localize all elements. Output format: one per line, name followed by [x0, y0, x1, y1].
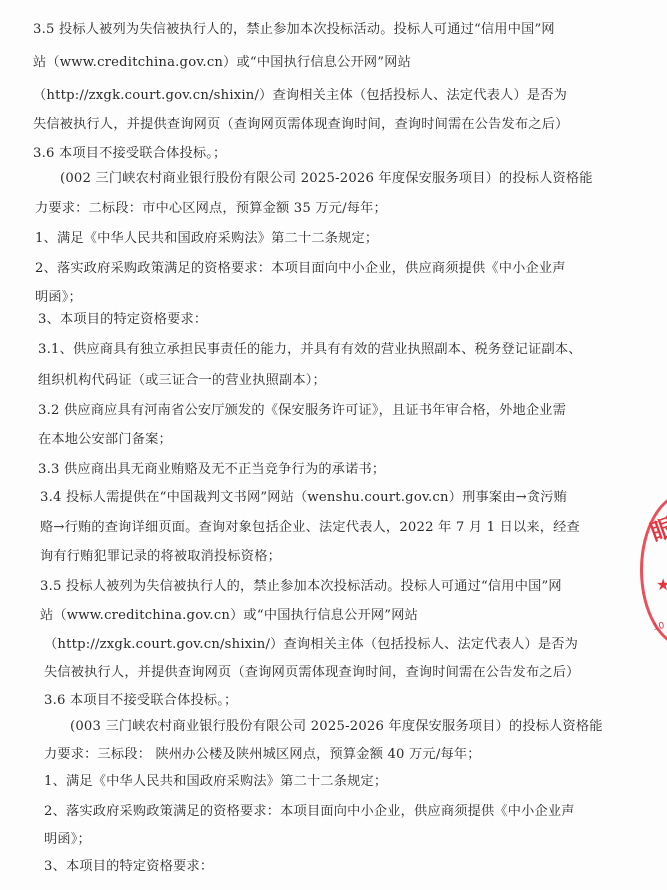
text-line: 1、满足《中华人民共和国政府采购法》第二十二条规定；: [35, 231, 378, 247]
text-line: 3.5 投标人被列为失信被执行人的，禁止参加本次投标活动。投标人可通过“信用中国…: [40, 579, 562, 595]
text-line: 3、本项目的特定资格要求：: [44, 859, 213, 875]
text-line: 明函》；: [44, 832, 91, 848]
text-line: 力要求：二标段：市中心区网点，预算金额 35 万元/每年；: [35, 201, 387, 217]
text-line: (002 三门峡农村商业银行股份有限公司 2025-2026 年度保安服务项目）…: [60, 171, 593, 187]
text-line: 3.4 投标人需提供在“中国裁判文书网”网站（wenshu.court.gov.…: [40, 490, 567, 506]
text-line: 赂→行贿的查询详细页面。查询对象包括企业、法定代表人，2022 年 7 月 1 …: [40, 520, 580, 536]
text-line: 1、满足《中华人民共和国政府采购法》第二十二条规定；: [44, 774, 387, 790]
document-page: 3.5 投标人被列为失信被执行人的，禁止参加本次投标活动。投标人可通过“信用中国…: [0, 0, 667, 890]
text-line: 失信被执行人，并提供查询网页（查询网页需体现查询时间，查询时间需在公告发布之后）: [33, 117, 569, 133]
text-line: 3.3 供应商出具无商业贿赂及无不正当竞争行为的承诺书；: [38, 462, 385, 478]
text-line: 2、落实政府采购政策满足的资格要求：本项目面向中小企业，供应商须提供《中小企业声: [35, 261, 566, 277]
text-line: 3.6 本项目不接受联合体投标。；: [44, 693, 237, 709]
text-line: 在本地公安部门备案；: [38, 432, 172, 448]
text-line: 站（www.creditchina.gov.cn）或“中国执行信息公开网”网站: [33, 55, 411, 71]
stamp-star-icon: ★: [656, 575, 667, 594]
text-line: 3.6 本项目不接受联合体投标。；: [33, 146, 226, 162]
text-line: 3、本项目的特定资格要求：: [38, 312, 207, 328]
stamp-number: 10: [652, 621, 665, 633]
text-line: 3.5 投标人被列为失信被执行人的，禁止参加本次投标活动。投标人可通过“信用中国…: [33, 22, 555, 38]
text-line: 失信被执行人，并提供查询网页（查询网页需体现查询时间，查询时间需在公告发布之后）: [44, 665, 580, 681]
text-line: （http://zxgk.court.gov.cn/shixin/）查询相关主体…: [44, 637, 578, 653]
text-line: 询有行贿犯罪记录的将被取消投标资格；: [40, 549, 281, 565]
text-line: 力要求：三标段： 陕州办公楼及陕州城区网点，预算金额 40 万元/每年；: [44, 747, 481, 763]
text-line: 明函》；: [35, 290, 82, 306]
text-line: 2、落实政府采购政策满足的资格要求：本项目面向中小企业，供应商须提供《中小企业声: [44, 804, 575, 820]
text-line: （http://zxgk.court.gov.cn/shixin/）查询相关主体…: [33, 88, 567, 104]
text-line: 3.2 供应商应具有河南省公安厅颁发的《保安服务许可证》，且证书年审合格，外地企…: [38, 403, 566, 419]
text-line: 组织机构代码证（或三证合一的营业执照副本）；: [38, 373, 326, 389]
text-line: 3.1、供应商具有独立承担民事责任的能力，并具有有效的营业执照副本、税务登记证副…: [38, 342, 582, 358]
text-line: 站（www.creditchina.gov.cn）或“中国执行信息公开网”网站: [40, 608, 418, 624]
text-line: (003 三门峡农村商业银行股份有限公司 2025-2026 年度保安服务项目）…: [70, 719, 603, 735]
